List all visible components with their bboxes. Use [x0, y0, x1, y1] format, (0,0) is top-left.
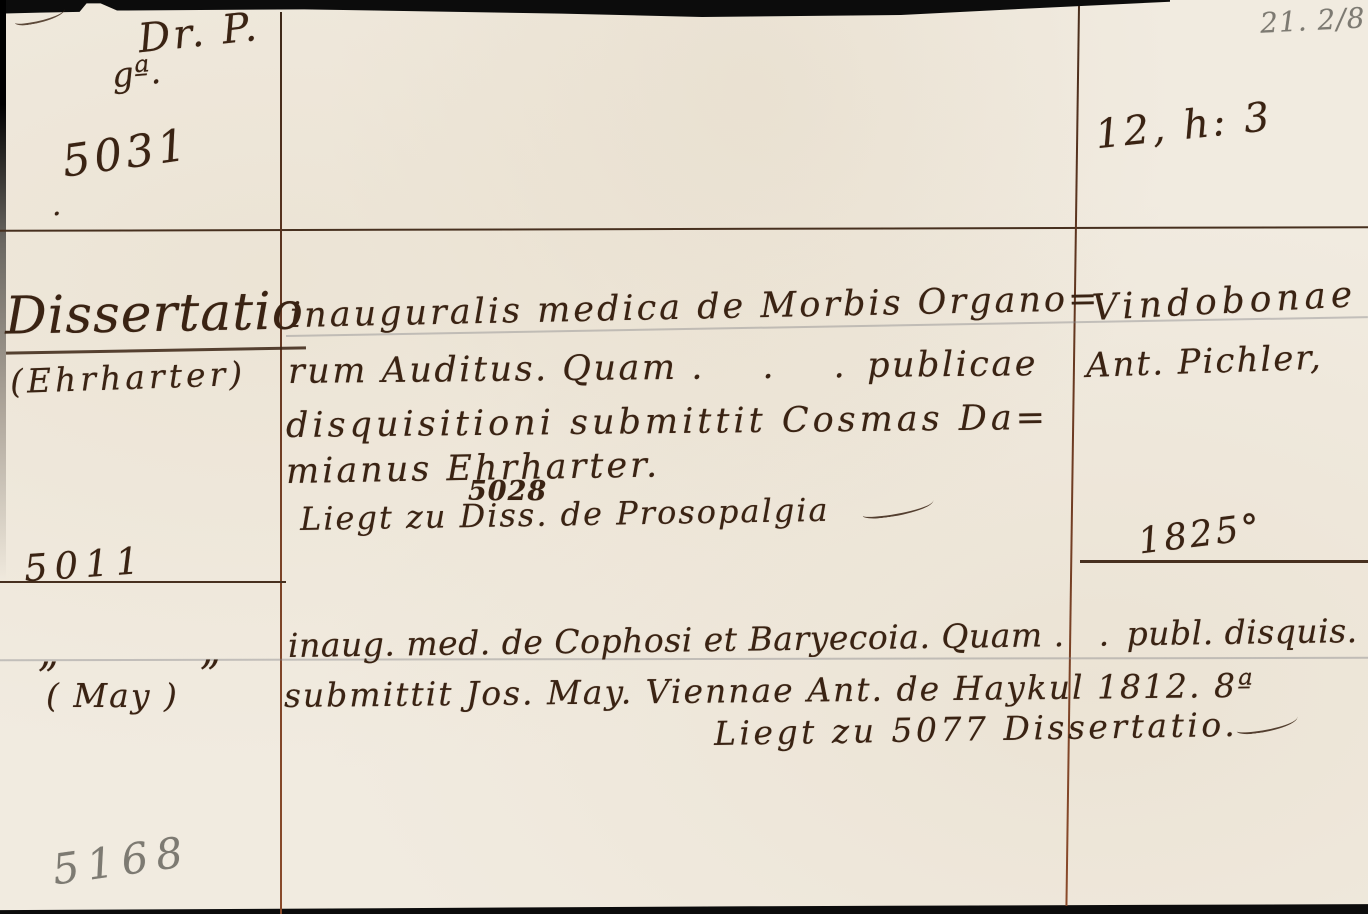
entry1-line3: disquisitioni submittit Cosmas Da= — [286, 398, 1049, 446]
entry1-imprint-printer: Ant. Pichler, — [1085, 338, 1323, 386]
catalog-card: Dr. P. gª. 5031 . 21. 2/8 12, h: 3 Disse… — [0, 0, 1368, 914]
entry1-heading: Dissertatio — [4, 281, 304, 346]
entry1-author: (Ehrharter) — [9, 354, 246, 401]
entry1-heading-underline — [6, 346, 306, 354]
rule-horizontal-right-column — [1080, 560, 1368, 563]
entry1-imprint-place: Vindobonae — [1091, 274, 1358, 329]
entry1-imprint-year: 1825° — [1136, 507, 1265, 563]
rule-horizontal-top — [0, 226, 1368, 232]
rule-vertical-right — [1065, 6, 1080, 906]
entry1-line1: inauguralis medica de Morbis Organo= — [290, 279, 1101, 336]
shelfmark: 12, h: 3 — [1093, 94, 1275, 158]
row2-card-number: 5011 — [23, 539, 148, 590]
entry1-cross-reference-flourish — [861, 496, 934, 521]
format-note: gª. — [110, 52, 162, 96]
entry2-ditto-right: „ — [200, 628, 221, 674]
card-number-top: 5031 — [59, 119, 193, 187]
entry2-cross-reference-flourish — [1235, 712, 1298, 735]
rule-vertical-left — [280, 12, 282, 914]
entry1-line2: rum Auditus. Quam . . . publicae — [288, 344, 1038, 392]
entry2-ditto-left: „ — [38, 630, 59, 676]
entry2-cross-reference: Liegt zu 5077 Dissertatio. — [714, 705, 1239, 753]
pencil-note-top-right: 21. 2/8 — [1259, 1, 1366, 39]
footer-pencil-number: 5168 — [49, 827, 193, 895]
scan-edge-bottom — [0, 903, 1368, 914]
entry2-author: ( May ) — [46, 676, 179, 715]
entry1-cross-reference: Liegt zu Diss. de Prosopalgia — [300, 491, 830, 538]
ink-dot: . — [52, 188, 62, 223]
